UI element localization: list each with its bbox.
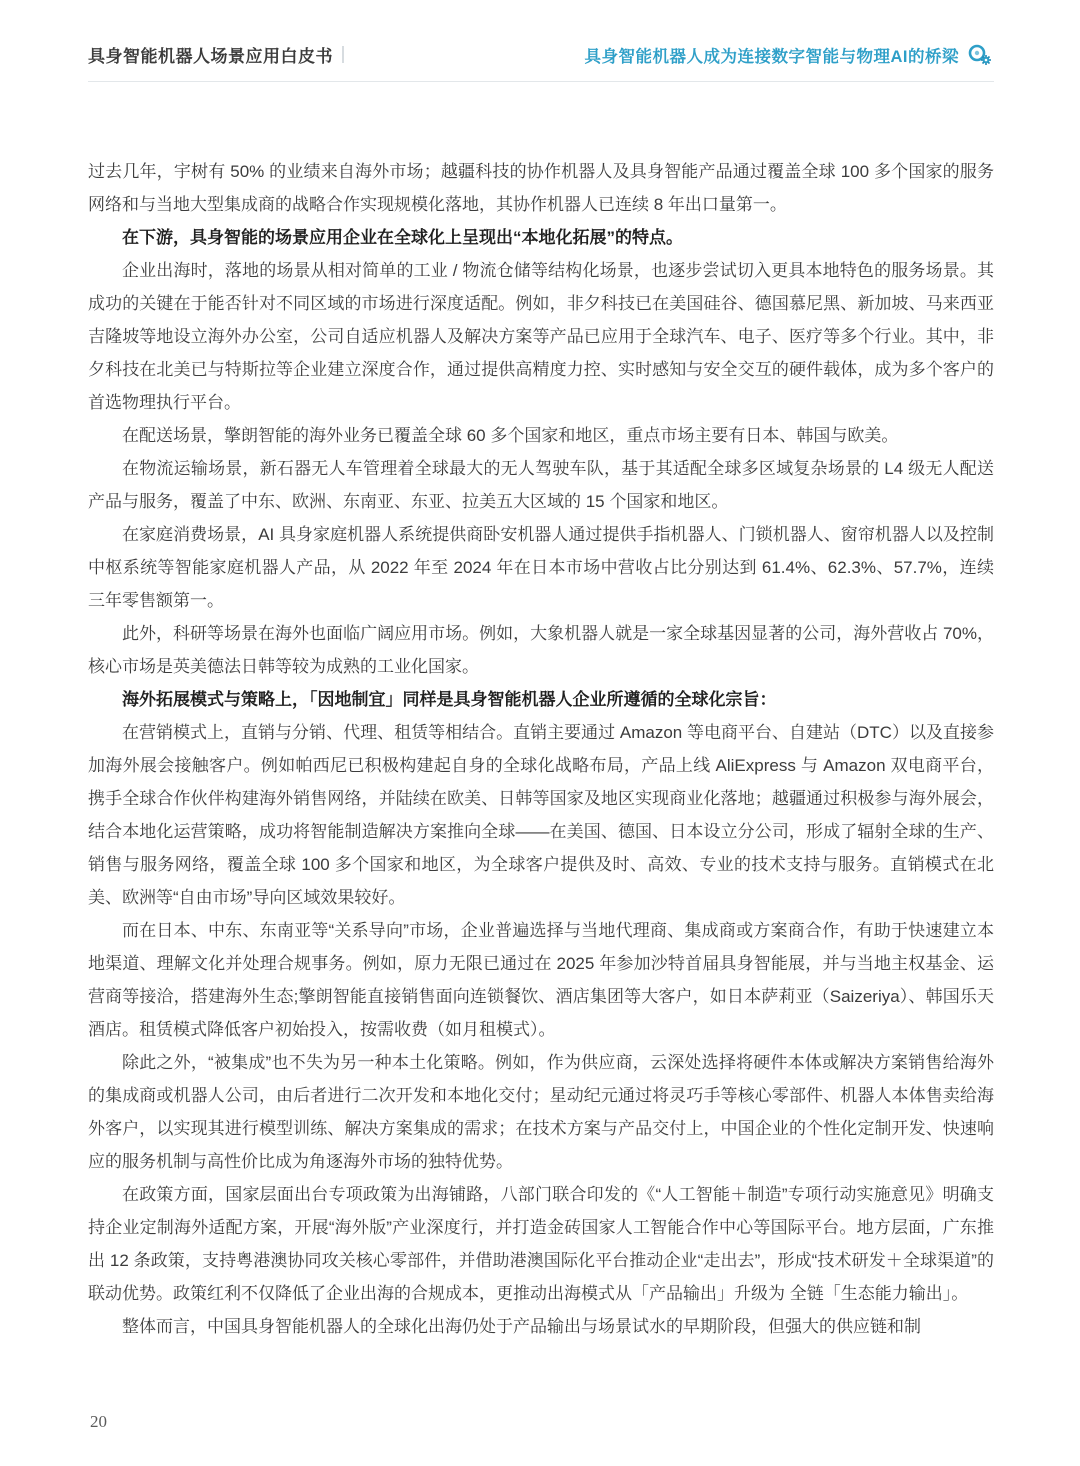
paragraph: 除此之外，“被集成”也不失为另一种本土化策略。例如，作为供应商，云深处选择将硬件…	[88, 1046, 994, 1178]
page-number: 20	[90, 1412, 107, 1432]
document-page: 具身智能机器人场景应用白皮书 具身智能机器人成为连接数字智能与物理AI的桥梁 过…	[0, 0, 1080, 1466]
paragraph: 过去几年，宇树有 50% 的业绩来自海外市场；越疆科技的协作机器人及具身智能产品…	[88, 155, 994, 221]
paragraph: 企业出海时，落地的场景从相对简单的工业 / 物流仓储等结构化场景，也逐步尝试切入…	[88, 254, 994, 419]
paragraph: 在物流运输场景，新石器无人车管理着全球最大的无人驾驶车队，基于其适配全球多区域复…	[88, 452, 994, 518]
header-right-title: 具身智能机器人成为连接数字智能与物理AI的桥梁	[585, 43, 960, 67]
paragraph: 整体而言，中国具身智能机器人的全球化出海仍处于产品输出与场景试水的早期阶段，但强…	[88, 1310, 994, 1343]
body-text: 过去几年，宇树有 50% 的业绩来自海外市场；越疆科技的协作机器人及具身智能产品…	[88, 155, 994, 1343]
paragraph: 在配送场景，擎朗智能的海外业务已覆盖全球 60 多个国家和地区，重点市场主要有日…	[88, 419, 994, 452]
paragraph: 而在日本、中东、东南亚等“关系导向”市场，企业普遍选择与当地代理商、集成商或方案…	[88, 914, 994, 1046]
paragraph: 在政策方面，国家层面出台专项政策为出海铺路，八部门联合印发的《“人工智能＋制造”…	[88, 1178, 994, 1310]
ring-and-gear-icon	[966, 43, 994, 67]
header-separator	[342, 46, 344, 63]
paragraph: 在下游，具身智能的场景应用企业在全球化上呈现出“本地化拓展”的特点。	[88, 221, 994, 254]
paragraph: 在营销模式上，直销与分销、代理、租赁等相结合。直销主要通过 Amazon 等电商…	[88, 716, 994, 914]
header-left-title: 具身智能机器人场景应用白皮书	[88, 42, 333, 67]
paragraph: 此外，科研等场景在海外也面临广阔应用市场。例如，大象机器人就是一家全球基因显著的…	[88, 617, 994, 683]
paragraph: 海外拓展模式与策略上，「因地制宜」同样是具身智能机器人企业所遵循的全球化宗旨：	[88, 683, 994, 716]
paragraph: 在家庭消费场景，AI 具身家庭机器人系统提供商卧安机器人通过提供手指机器人、门锁…	[88, 518, 994, 617]
page-header: 具身智能机器人场景应用白皮书 具身智能机器人成为连接数字智能与物理AI的桥梁	[88, 42, 994, 82]
